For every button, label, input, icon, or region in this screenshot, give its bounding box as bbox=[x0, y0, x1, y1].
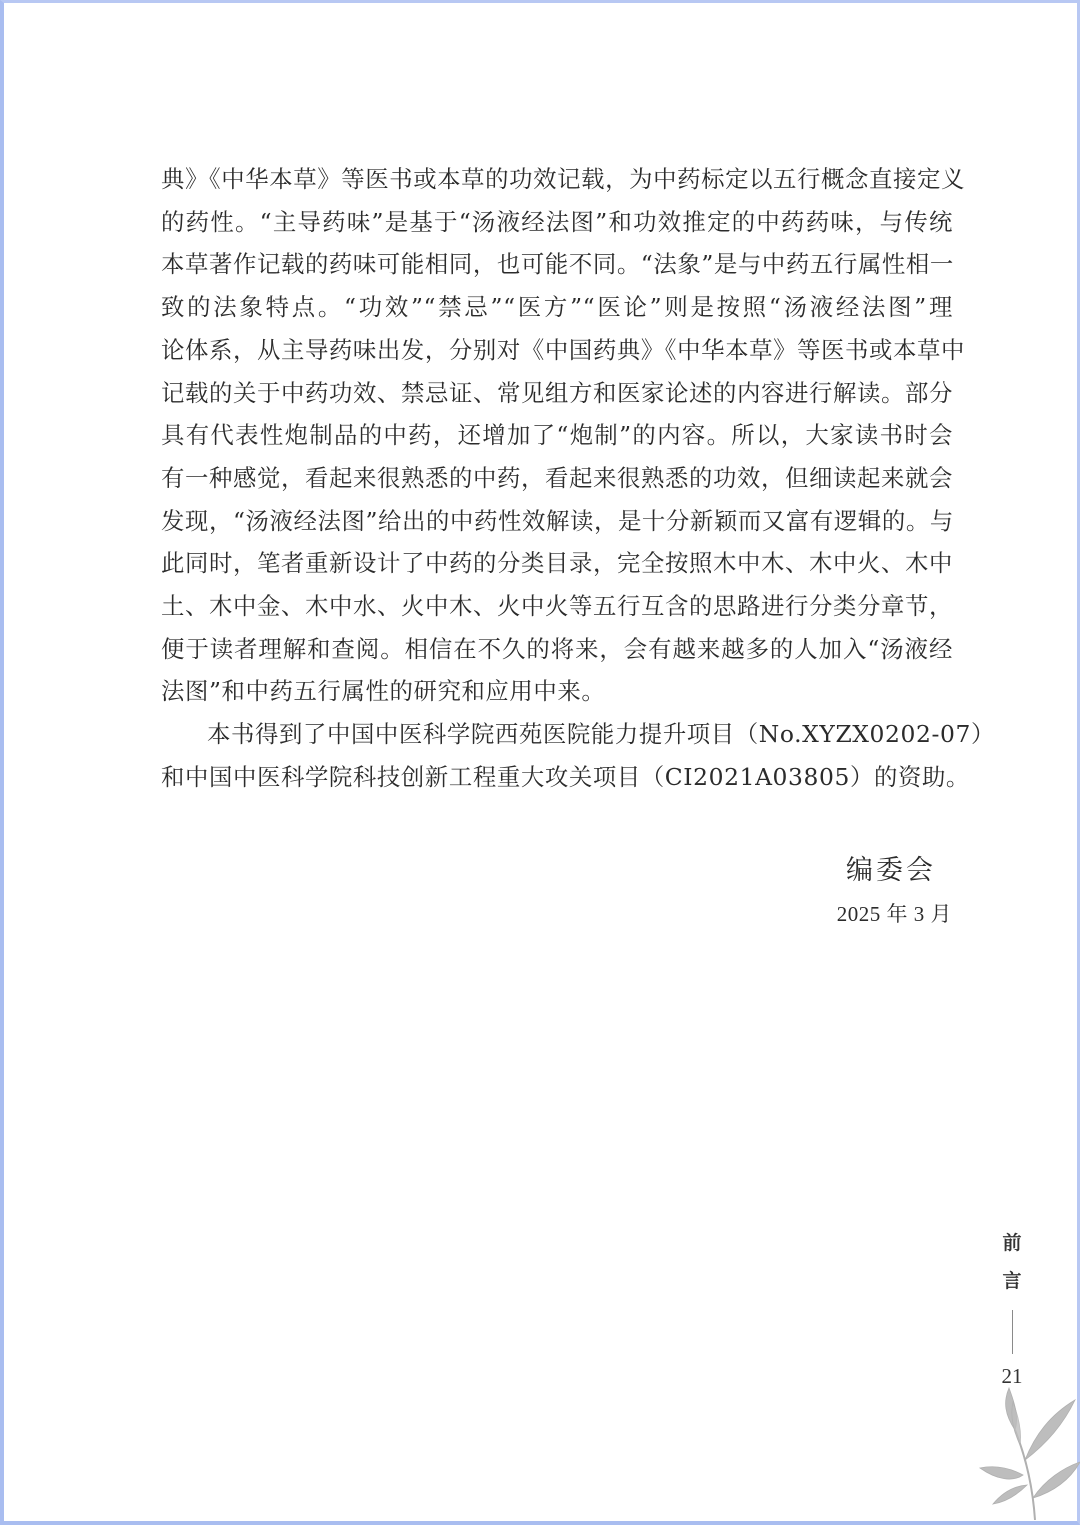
text-line: 本草著作记载的药味可能相同，也可能不同。“法象”是与中药五行属性相一 bbox=[161, 243, 953, 286]
text-line: 致的法象特点。“功效”“禁忌”“医方”“医论”则是按照“汤液经法图”理 bbox=[161, 286, 953, 329]
text-line: 和中国中医科学院科技创新工程重大攻关项目（CI2021A03805）的资助。 bbox=[161, 756, 953, 799]
signature-editorial-board: 编委会 bbox=[846, 848, 936, 887]
text-line: 法图”和中药五行属性的研究和应用中来。 bbox=[161, 670, 953, 713]
text-line: 典》《中华本草》等医书或本草的功效记载，为中药标定以五行概念直接定义 bbox=[161, 158, 953, 201]
paragraph-2-funding: 本书得到了中国中医科学院西苑医院能力提升项目（No.XYZX0202-07） 和… bbox=[161, 713, 953, 798]
text-line: 此同时，笔者重新设计了中药的分类目录，完全按照木中木、木中火、木中 bbox=[161, 542, 953, 585]
vertical-divider bbox=[1012, 1310, 1013, 1354]
section-side-tab: 前 言 21 bbox=[992, 1228, 1032, 1389]
text-line: 有一种感觉，看起来很熟悉的中药，看起来很熟悉的功效，但细读起来就会 bbox=[161, 457, 953, 500]
section-label-char: 前 bbox=[992, 1228, 1032, 1266]
text-line: 的药性。“主导药味”是基于“汤液经法图”和功效推定的中药药味，与传统 bbox=[161, 201, 953, 244]
text-line: 土、木中金、木中水、火中木、火中火等五行互含的思路进行分类分章节， bbox=[161, 585, 953, 628]
text-line: 本书得到了中国中医科学院西苑医院能力提升项目（No.XYZX0202-07） bbox=[161, 713, 953, 756]
preface-body: 典》《中华本草》等医书或本草的功效记载，为中药标定以五行概念直接定义 的药性。“… bbox=[161, 158, 953, 799]
text-line: 记载的关于中药功效、禁忌证、常见组方和医家论述的内容进行解读。部分 bbox=[161, 372, 953, 415]
section-label-char: 言 bbox=[992, 1266, 1032, 1304]
text-line: 具有代表性炮制品的中药，还增加了“炮制”的内容。所以，大家读书时会 bbox=[161, 414, 953, 457]
signature-date: 2025 年 3 月 bbox=[837, 898, 952, 928]
text-line: 论体系，从主导药味出发，分别对《中国药典》《中华本草》等医书或本草中 bbox=[161, 329, 953, 372]
bamboo-leaf-icon bbox=[975, 1380, 1080, 1520]
text-line: 发现，“汤液经法图”给出的中药性效解读，是十分新颖而又富有逻辑的。与 bbox=[161, 500, 953, 543]
text-line: 便于读者理解和查阅。相信在不久的将来，会有越来越多的人加入“汤液经 bbox=[161, 628, 953, 671]
paragraph-1: 典》《中华本草》等医书或本草的功效记载，为中药标定以五行概念直接定义 的药性。“… bbox=[161, 158, 953, 713]
